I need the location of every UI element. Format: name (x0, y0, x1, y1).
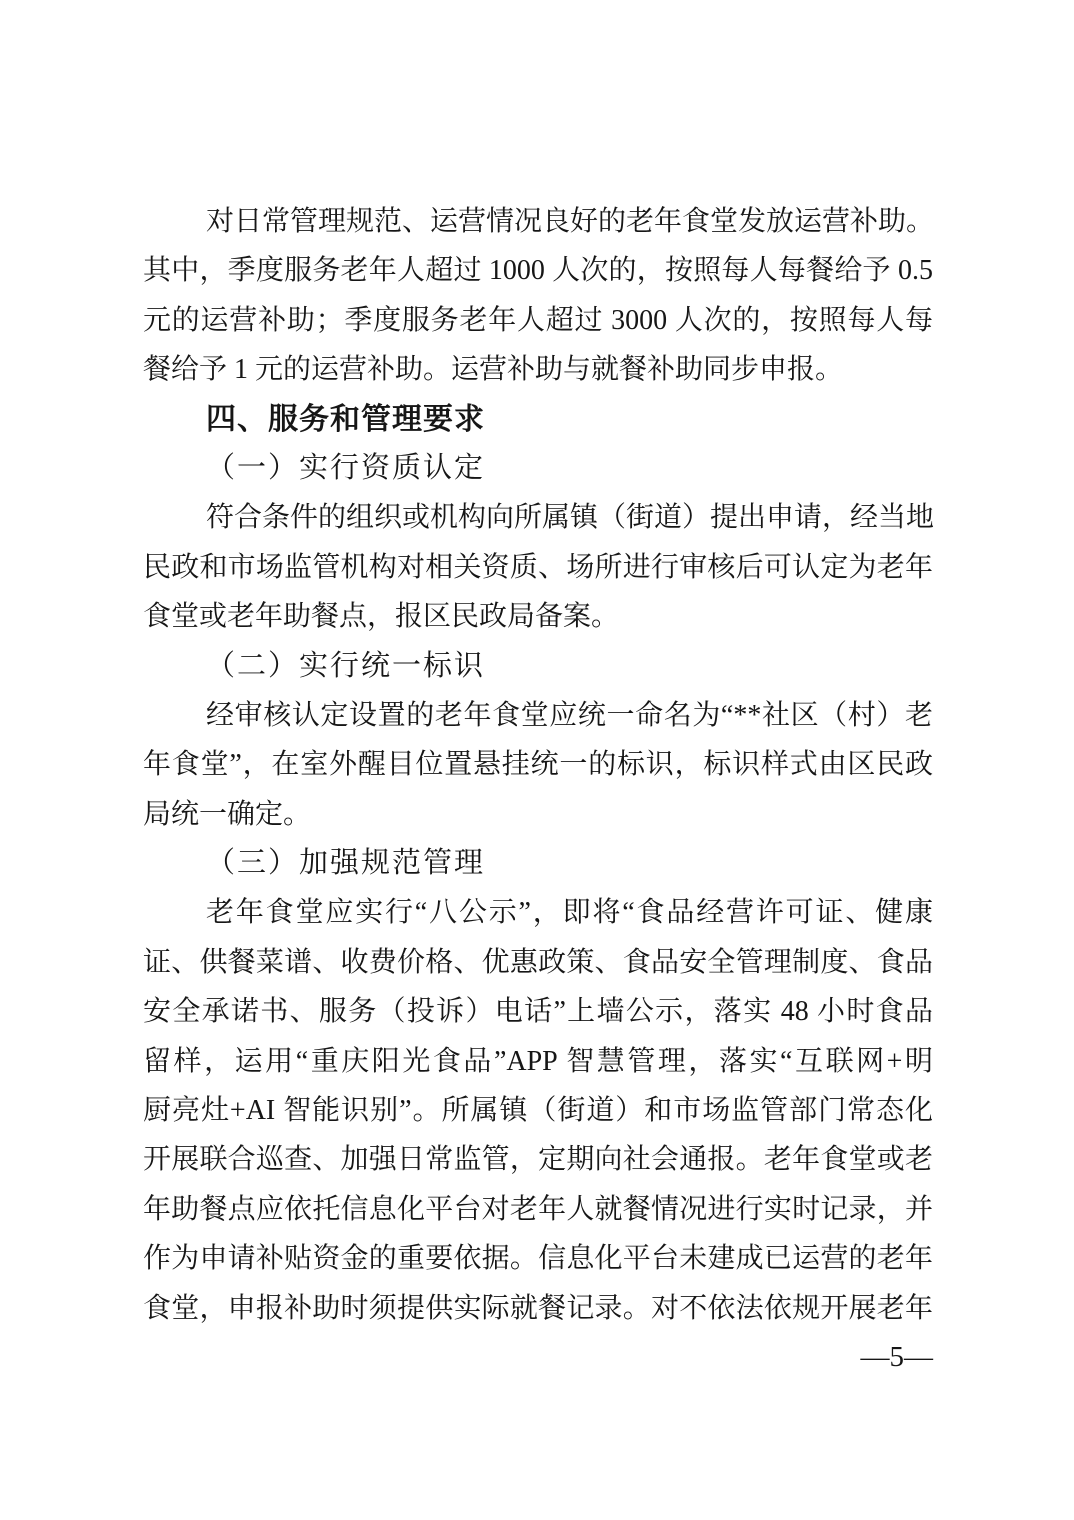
subsection-3-line: 证、供餐菜谱、收费价格、优惠政策、食品安全管理制度、食品 (143, 938, 933, 987)
subsection-3-line: 作为申请补贴资金的重要依据。信息化平台未建成已运营的老年 (143, 1234, 933, 1283)
section-4-heading: 四、服务和管理要求 (143, 395, 933, 444)
subsection-2-line: 经审核认定设置的老年食堂应统一命名为“**社区（村）老 (143, 691, 933, 740)
subsection-3-line: 安全承诺书、服务（投诉）电话”上墙公示，落实 48 小时食品 (143, 987, 933, 1036)
document-page: 对日常管理规范、运营情况良好的老年食堂发放运营补助。 其中，季度服务老年人超过 … (0, 0, 1074, 1520)
subsection-3-line: 开展联合巡查、加强日常监管，定期向社会通报。老年食堂或老 (143, 1135, 933, 1184)
subsection-1-line: 民政和市场监管机构对相关资质、场所进行审核后可认定为老年 (143, 543, 933, 592)
subsection-3-heading: （三）加强规范管理 (143, 839, 933, 888)
subsidy-paragraph-line: 对日常管理规范、运营情况良好的老年食堂发放运营补助。 (143, 197, 933, 246)
subsidy-paragraph-line: 元的运营补助；季度服务老年人超过 3000 人次的，按照每人每 (143, 296, 933, 345)
subsection-2-heading: （二）实行统一标识 (143, 642, 933, 691)
subsection-3-line: 留样，运用“重庆阳光食品”APP 智慧管理，落实“互联网+明 (143, 1037, 933, 1086)
subsection-2-line: 年食堂”，在室外醒目位置悬挂统一的标识，标识样式由区民政 (143, 740, 933, 789)
subsection-3-line: 年助餐点应依托信息化平台对老年人就餐情况进行实时记录，并 (143, 1185, 933, 1234)
subsection-1-heading: （一）实行资质认定 (143, 444, 933, 493)
subsidy-paragraph-line: 餐给予 1 元的运营补助。运营补助与就餐补助同步申报。 (143, 345, 933, 394)
subsection-1-line: 符合条件的组织或机构向所属镇（街道）提出申请，经当地 (143, 493, 933, 542)
subsection-3-line: 老年食堂应实行“八公示”，即将“食品经营许可证、健康 (143, 888, 933, 937)
subsection-3-line: 食堂，申报补助时须提供实际就餐记录。对不依法依规开展老年 (143, 1284, 933, 1333)
subsidy-paragraph-line: 其中，季度服务老年人超过 1000 人次的，按照每人每餐给予 0.5 (143, 246, 933, 295)
document-body: 对日常管理规范、运营情况良好的老年食堂发放运营补助。 其中，季度服务老年人超过 … (143, 197, 933, 1382)
subsection-3-line: 厨亮灶+AI 智能识别”。所属镇（街道）和市场监管部门常态化 (143, 1086, 933, 1135)
subsection-1-line: 食堂或老年助餐点，报区民政局备案。 (143, 592, 933, 641)
subsection-2-line: 局统一确定。 (143, 790, 933, 839)
page-number: —5— (143, 1333, 933, 1382)
